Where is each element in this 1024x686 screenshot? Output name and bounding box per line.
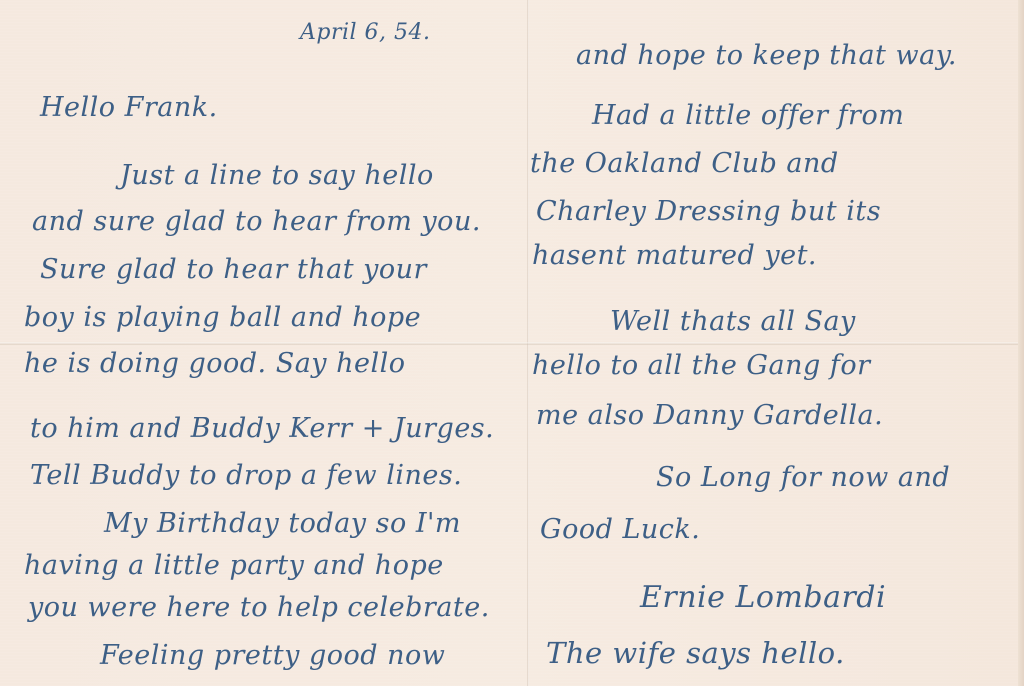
right-line-6: Well thats all Say [610,306,856,337]
right-line-10: Good Luck. [540,514,700,545]
left-line-8: My Birthday today so I'm [104,508,461,539]
left-line-3: Sure glad to hear that your [40,254,427,285]
left-line-10: you were here to help celebrate. [28,592,490,623]
left-line-9: having a little party and hope [24,550,444,581]
paper-edge [1018,0,1024,686]
left-line-2: and sure glad to hear from you. [32,206,481,237]
signature: Ernie Lombardi [640,580,886,615]
right-line-5: hasent matured yet. [532,240,817,271]
left-line-5: he is doing good. Say hello [24,348,406,379]
left-line-4: boy is playing ball and hope [24,302,421,333]
left-line-6: to him and Buddy Kerr + Jurges. [30,413,494,444]
left-line-1: Just a line to say hello [120,160,434,191]
right-line-2: Had a little offer from [592,100,904,131]
right-line-3: the Oakland Club and [530,148,839,179]
horizontal-fold-line [0,342,1024,345]
right-line-4: Charley Dressing but its [536,196,881,227]
right-line-8: me also Danny Gardella. [536,400,883,431]
letter-date: April 6, 54. [300,20,431,45]
postscript: The wife says hello. [546,636,845,670]
left-line-7: Tell Buddy to drop a few lines. [30,460,462,491]
right-line-1: and hope to keep that way. [576,40,957,71]
left-line-11: Feeling pretty good now [100,640,445,671]
letter-greeting: Hello Frank. [40,92,218,123]
right-line-9: So Long for now and [656,462,950,493]
right-line-7: hello to all the Gang for [532,350,871,381]
